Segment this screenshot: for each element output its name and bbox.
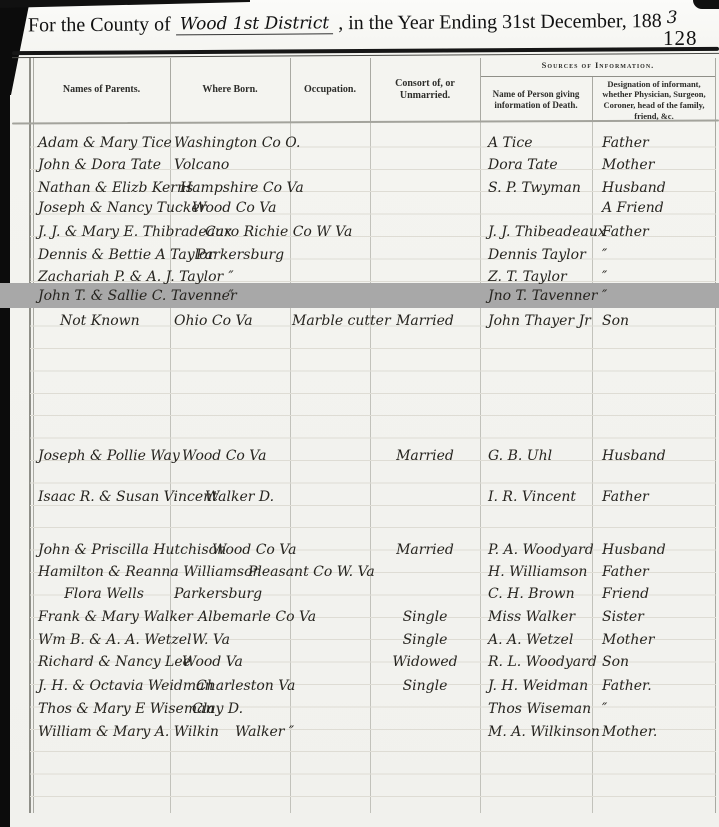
table-row: John & Dora Tate Volcano Dora Tate Mothe…: [0, 155, 719, 177]
table-row-highlighted: John T. & Sallie C. Tavenner ″ Jno T. Ta…: [0, 286, 719, 308]
cell-parents: J. H. & Octavia Weidman: [38, 676, 170, 696]
cell-parents: Isaac R. & Susan Vincent: [38, 487, 170, 507]
column-header-occupation: Occupation.: [290, 60, 370, 120]
cell-designation: Sister: [602, 607, 714, 627]
title-prefix: For the County of: [28, 13, 171, 36]
cell-informant: Miss Walker: [488, 607, 594, 627]
cell-informant: Jno T. Tavenner: [488, 286, 594, 306]
cell-consort: Married: [372, 540, 478, 560]
cell-parents: J. J. & Mary E. Thibradeaux: [38, 222, 170, 242]
cell-parents: Zachariah P. & A. J. Taylor: [38, 267, 170, 287]
cell-parents: Richard & Nancy Lee: [38, 652, 170, 672]
cell-parents: Thos & Mary E Wiseman: [38, 699, 170, 719]
cell-designation: Father: [602, 487, 714, 507]
cell-designation: Son: [602, 652, 714, 672]
column-header-parents: Names of Parents.: [33, 60, 170, 120]
cell-consort: Married: [372, 311, 478, 331]
cell-parents: Frank & Mary Walker: [38, 607, 170, 627]
title-suffix: , in the Year Ending 31st December, 188: [338, 10, 662, 34]
cell-informant: A. A. Wetzel: [488, 630, 594, 650]
cell-born: Wood Co Va: [182, 446, 296, 466]
table-row: Nathan & Elizb Kerns Hampshire Co Va S. …: [0, 178, 719, 200]
table-row: Hamilton & Reanna Williamson Pleasant Co…: [0, 562, 719, 584]
cell-informant: A Tice: [488, 133, 594, 153]
cell-parents: William & Mary A. Wilkin: [38, 722, 170, 742]
cell-parents: Joseph & Pollie Way: [38, 446, 170, 466]
cell-parents: Dennis & Bettie A Taylor: [38, 245, 170, 265]
cell-born: Albemarle Co Va: [198, 607, 312, 627]
page-title: For the County of Wood 1st District , in…: [28, 10, 718, 38]
table-row: Wm B. & A. A. Wetzel W. Va Single A. A. …: [0, 630, 719, 652]
cell-designation: Husband: [602, 540, 714, 560]
cell-occupation: Marble cutter: [292, 311, 370, 331]
cell-designation: ″: [602, 245, 714, 265]
cell-parents: John & Dora Tate: [38, 155, 170, 175]
table-row: Joseph & Pollie Way Wood Co Va Married G…: [0, 446, 719, 468]
cell-born: Wood Co Va: [192, 198, 306, 218]
cell-informant: John Thayer Jr: [488, 311, 594, 331]
cell-born: Walker D.: [205, 487, 319, 507]
cell-born: Wood Co Va: [212, 540, 326, 560]
cell-designation: Husband: [602, 178, 714, 198]
cell-informant: Thos Wiseman: [488, 699, 594, 719]
cell-designation: Father: [602, 133, 714, 153]
cell-informant: S. P. Twyman: [488, 178, 594, 198]
cell-designation: Father: [602, 562, 714, 582]
cell-consort: Married: [372, 446, 478, 466]
cell-informant: Dennis Taylor: [488, 245, 594, 265]
cell-designation: ″: [602, 286, 714, 306]
table-row: Richard & Nancy Lee Wood Va Widowed R. L…: [0, 652, 719, 674]
table-row: Flora Wells Parkersburg C. H. Brown Frie…: [0, 584, 719, 606]
cell-parents: John T. & Sallie C. Tavenner: [38, 286, 170, 306]
scan-edge-top-right: [693, 0, 719, 9]
cell-informant: G. B. Uhl: [488, 446, 594, 466]
cell-designation: Mother: [602, 155, 714, 175]
table-row: Isaac R. & Susan Vincent Walker D. I. R.…: [0, 487, 719, 509]
cell-designation: Husband: [602, 446, 714, 466]
table-row: Dennis & Bettie A Taylor Parkersburg Den…: [0, 245, 719, 267]
cell-born: ″: [174, 286, 288, 306]
table-row: Thos & Mary E Wiseman Clay D. Thos Wisem…: [0, 699, 719, 721]
table-row: Not Known Ohio Co Va Marble cutter Marri…: [0, 311, 719, 333]
cell-born: Charleston Va: [196, 676, 310, 696]
cell-parents: Adam & Mary Tice: [38, 133, 170, 153]
cell-born: Clay D.: [192, 699, 306, 719]
cell-designation: Son: [602, 311, 714, 331]
cell-informant: Dora Tate: [488, 155, 594, 175]
cell-born: Washington Co O.: [174, 133, 288, 153]
column-header-consort: Consort of, or Unmarried.: [370, 60, 480, 120]
cell-born: Wood Va: [182, 652, 296, 672]
cell-informant: J. J. Thibeadeaux: [488, 222, 594, 242]
cell-designation: ″: [602, 699, 714, 719]
column-header-informant-designation: Designation of informant, whether Physic…: [594, 76, 714, 124]
cell-born: Walker ″: [235, 722, 349, 742]
cell-informant: H. Williamson: [488, 562, 594, 582]
column-header-informant-name: Name of Person giving information of Dea…: [482, 78, 590, 122]
cell-born: Parkersburg: [196, 245, 310, 265]
cell-designation: Father: [602, 222, 714, 242]
cell-informant: R. L. Woodyard: [488, 652, 594, 672]
cell-designation: A Friend: [602, 198, 714, 218]
document-page: For the County of Wood 1st District , in…: [0, 0, 719, 827]
cell-parents: Hamilton & Reanna Williamson: [38, 562, 170, 582]
cell-consort: Single: [372, 676, 478, 696]
cell-parents: Joseph & Nancy Tucker: [38, 198, 170, 218]
cell-consort: Widowed: [372, 652, 478, 672]
header-divider-5: [592, 76, 593, 122]
title-district-handwritten: Wood 1st District: [176, 13, 334, 35]
table-row: Joseph & Nancy Tucker Wood Co Va A Frien…: [0, 198, 719, 220]
title-year-digit-handwritten: 3: [667, 8, 678, 28]
cell-informant: J. H. Weidman: [488, 676, 594, 696]
cell-designation: Father.: [602, 676, 714, 696]
cell-informant: P. A. Woodyard: [488, 540, 594, 560]
cell-consort: Single: [372, 607, 478, 627]
cell-parents: John & Priscilla Hutchison: [38, 540, 170, 560]
table-row: John & Priscilla Hutchison Wood Co Va Ma…: [0, 540, 719, 562]
cell-born: ″: [174, 267, 288, 287]
table-row: J. H. & Octavia Weidman Charleston Va Si…: [0, 676, 719, 698]
cell-consort: Single: [372, 630, 478, 650]
cell-informant: Z. T. Taylor: [488, 267, 594, 287]
cell-informant: I. R. Vincent: [488, 487, 594, 507]
cell-parents: Nathan & Elizb Kerns: [38, 178, 170, 198]
table-row: William & Mary A. Wilkin Walker ″ M. A. …: [0, 722, 719, 744]
cell-informant: C. H. Brown: [488, 584, 594, 604]
cell-parents: Wm B. & A. A. Wetzel: [38, 630, 170, 650]
cell-born: Volcano: [174, 155, 288, 175]
cell-born: Hampshire Co Va: [180, 178, 294, 198]
cell-designation: Mother.: [602, 722, 714, 742]
cell-born: W. Va: [192, 630, 306, 650]
cell-born: Pleasant Co W. Va: [248, 562, 362, 582]
table-row: J. J. & Mary E. Thibradeaux Caro Richie …: [0, 222, 719, 244]
cell-parents: Not Known: [60, 311, 192, 331]
cell-parents: Flora Wells: [38, 584, 170, 604]
cell-designation: ″: [602, 267, 714, 287]
cell-born: Parkersburg: [174, 584, 288, 604]
cell-informant: M. A. Wilkinson: [488, 722, 594, 742]
column-header-where-born: Where Born.: [170, 60, 290, 120]
cell-born: Caro Richie Co W Va: [205, 222, 319, 242]
cell-born: Ohio Co Va: [174, 311, 288, 331]
sources-of-information-header: Sources of Information.: [481, 60, 715, 70]
cell-designation: Mother: [602, 630, 714, 650]
cell-designation: Friend: [602, 584, 714, 604]
table-row: Frank & Mary Walker Albemarle Co Va Sing…: [0, 607, 719, 629]
table-row: Adam & Mary Tice Washington Co O. A Tice…: [0, 133, 719, 155]
